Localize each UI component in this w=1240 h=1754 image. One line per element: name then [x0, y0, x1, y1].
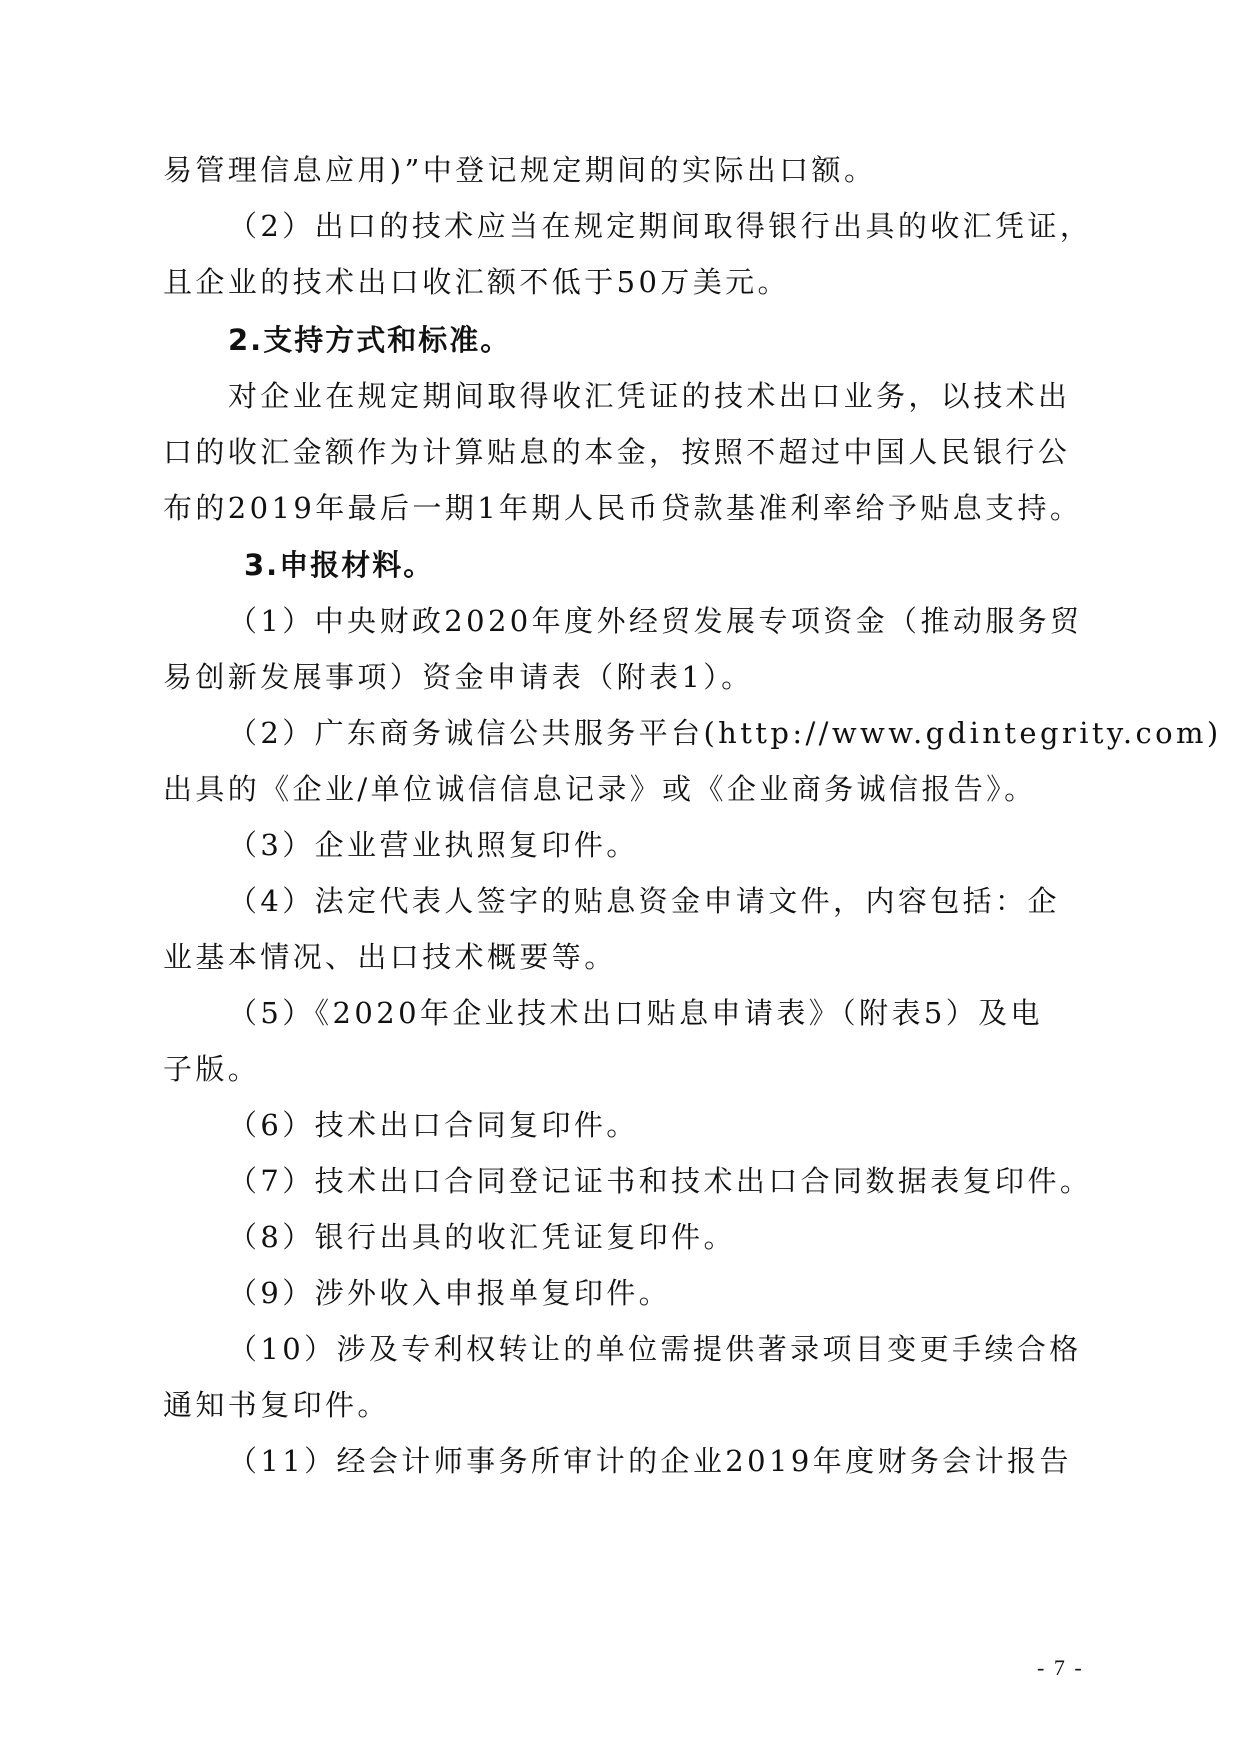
- list-item-material-1: （1）中央财政2020年度外经贸发展专项资金（推动服务贸: [228, 601, 1140, 641]
- paragraph-line: 布的2019年最后一期1年期人民币贷款基准利率给予贴息支持。: [163, 488, 1075, 528]
- list-item-material-9: （9）涉外收入申报单复印件。: [228, 1273, 1140, 1313]
- section-heading-support-method: 2.支持方式和标准。: [228, 320, 1140, 360]
- paragraph-line: 通知书复印件。: [163, 1385, 1075, 1425]
- list-item-material-8: （8）银行出具的收汇凭证复印件。: [228, 1217, 1140, 1257]
- list-item-material-3: （3）企业营业执照复印件。: [228, 825, 1140, 865]
- paragraph-line: 易创新发展事项）资金申请表（附表1）。: [163, 657, 1075, 697]
- paragraph-line: 且企业的技术出口收汇额不低于50万美元。: [163, 262, 1075, 302]
- document-page: 易管理信息应用)”中登记规定期间的实际出口额。 （2）出口的技术应当在规定期间取…: [0, 0, 1240, 1754]
- list-item-material-5: （5）《2020年企业技术出口贴息申请表》（附表5）及电: [228, 993, 1140, 1033]
- section-heading-application-materials: 3.申报材料。: [244, 545, 1156, 585]
- paragraph-line: 出具的《企业/单位诚信信息记录》或《企业商务诚信报告》。: [163, 769, 1075, 809]
- list-item-material-10: （10）涉及专利权转让的单位需提供著录项目变更手续合格: [228, 1329, 1140, 1369]
- page-number: - 7 -: [1037, 1655, 1084, 1681]
- paragraph-line: 子版。: [163, 1049, 1075, 1089]
- list-item-material-6: （6）技术出口合同复印件。: [228, 1105, 1140, 1145]
- paragraph-line: 业基本情况、出口技术概要等。: [163, 937, 1075, 977]
- list-item-requirement-2: （2）出口的技术应当在规定期间取得银行出具的收汇凭证，: [228, 206, 1140, 246]
- list-item-material-11: （11）经会计师事务所审计的企业2019年度财务会计报告: [228, 1441, 1140, 1481]
- paragraph-line: 易管理信息应用)”中登记规定期间的实际出口额。: [163, 150, 1075, 190]
- list-item-material-7: （7）技术出口合同登记证书和技术出口合同数据表复印件。: [228, 1161, 1140, 1201]
- list-item-material-4: （4）法定代表人签字的贴息资金申请文件，内容包括：企: [228, 881, 1140, 921]
- list-item-material-2: （2）广东商务诚信公共服务平台(http://www.gdintegrity.c…: [228, 713, 1140, 753]
- paragraph-line: 口的收汇金额作为计算贴息的本金，按照不超过中国人民银行公: [163, 432, 1075, 472]
- paragraph-line: 对企业在规定期间取得收汇凭证的技术出口业务，以技术出: [228, 376, 1140, 416]
